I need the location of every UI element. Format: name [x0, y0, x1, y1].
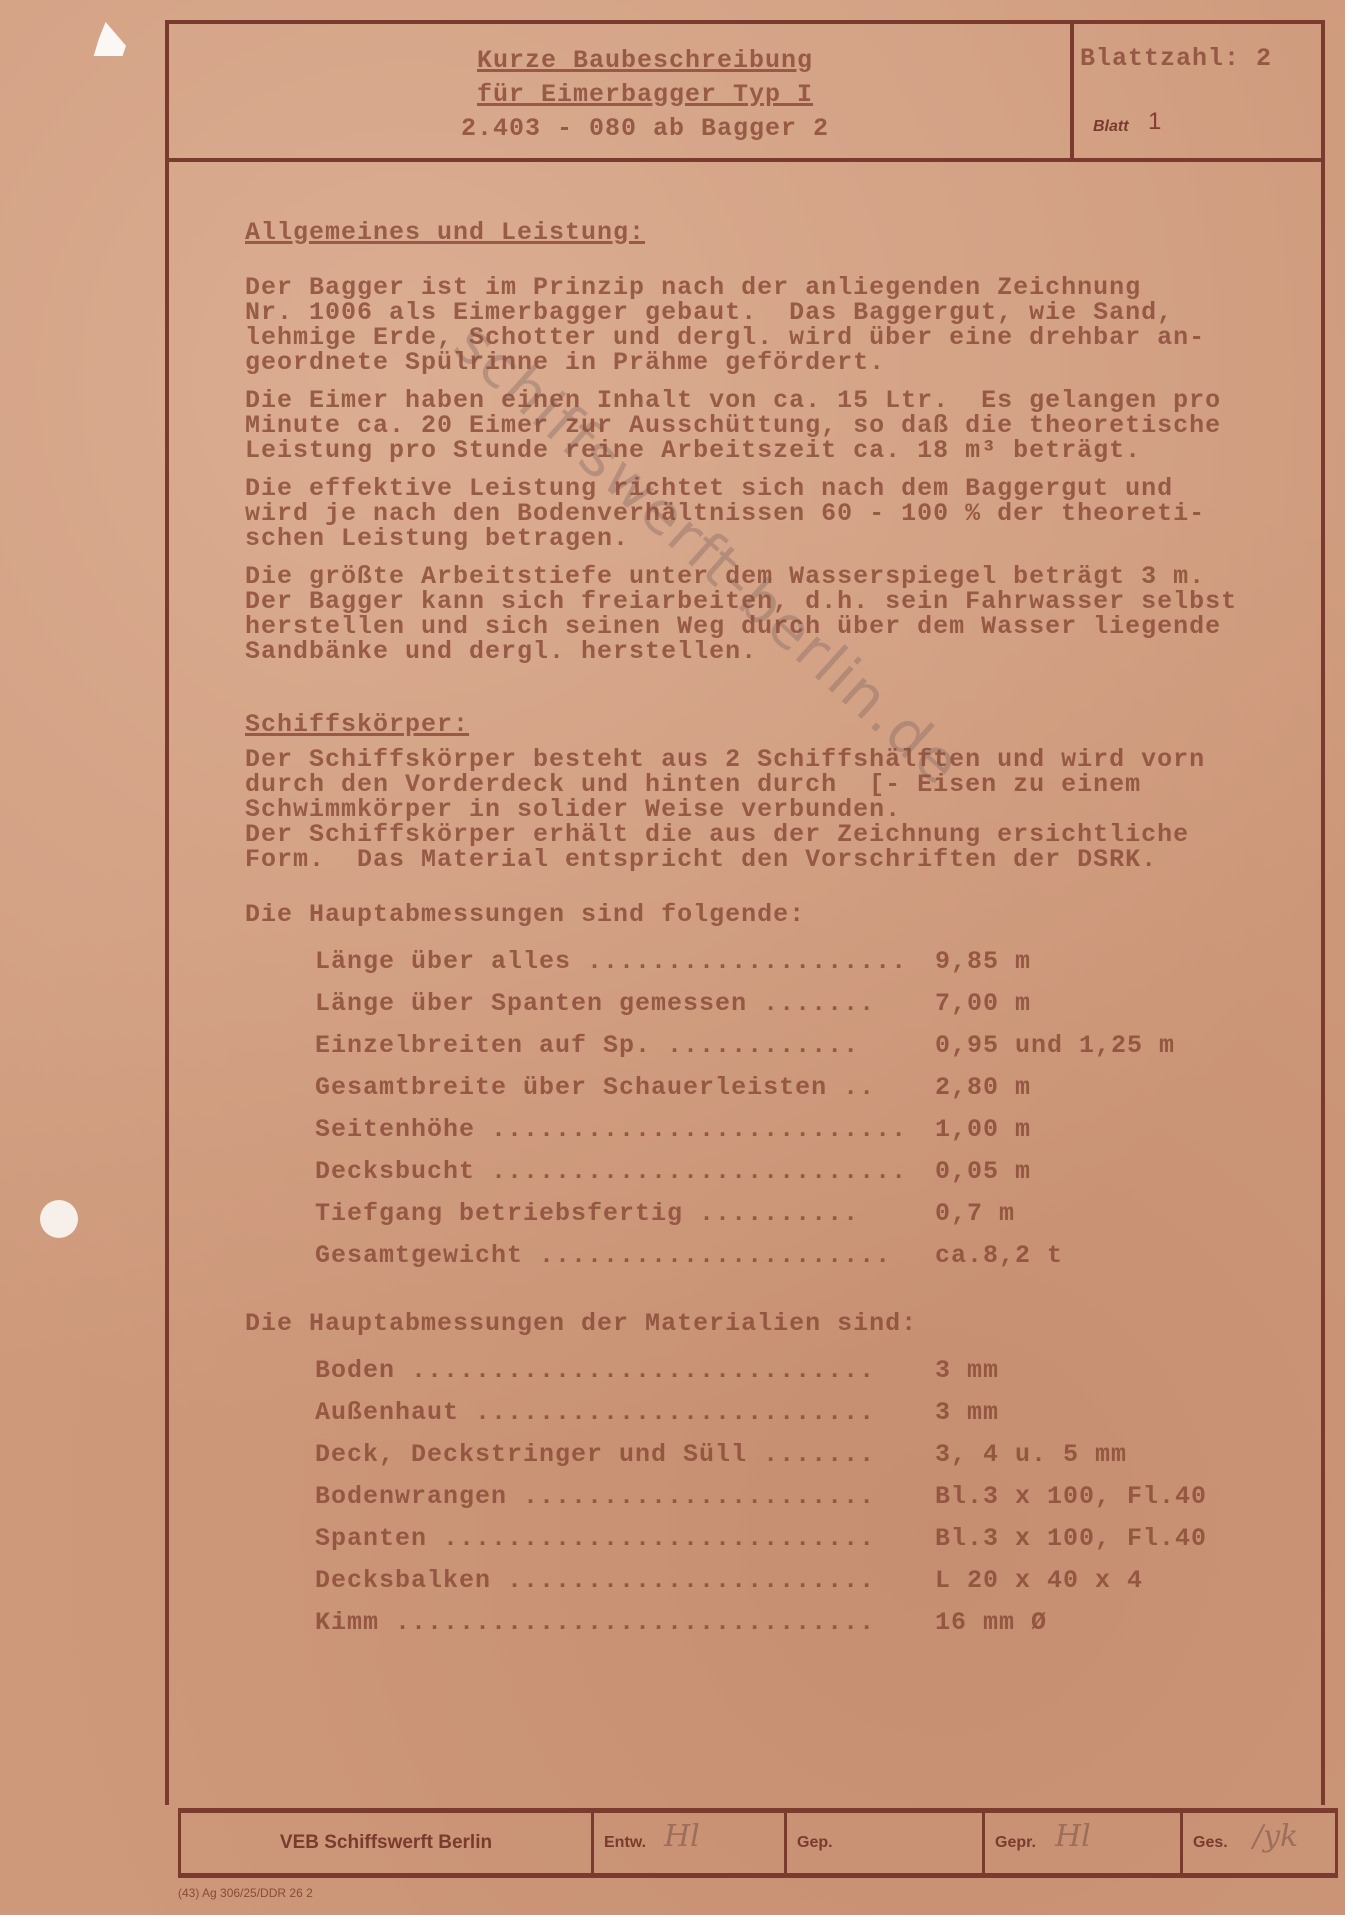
- spec-label: Decksbalken .......................: [315, 1568, 935, 1596]
- sheet-count: Blattzahl: 2: [1080, 44, 1272, 73]
- spec-value: 1,00 m: [935, 1117, 1031, 1145]
- field-label: Entw.: [604, 1834, 646, 1852]
- footer-field-checked: Gep.: [787, 1813, 985, 1873]
- spec-row: Länge über Spanten gemessen .......7,00 …: [315, 991, 1305, 1019]
- dimensions-list: Länge über alles ....................9,8…: [245, 949, 1305, 1271]
- spec-row: Kimm ..............................16 mm…: [315, 1610, 1305, 1638]
- torn-corner: [92, 22, 126, 56]
- section-heading-hull: Schiffskörper:: [245, 712, 1305, 737]
- title-line-1: Kurze Baubeschreibung: [430, 44, 860, 78]
- field-label: Gep.: [797, 1834, 833, 1852]
- spec-value: 2,80 m: [935, 1075, 1031, 1103]
- spec-value: Bl.3 x 100, Fl.40: [935, 1526, 1207, 1554]
- spec-row: Tiefgang betriebsfertig ..........0,7 m: [315, 1201, 1305, 1229]
- spec-row: Gesamtgewicht ......................ca.8…: [315, 1243, 1305, 1271]
- spec-row: Spanten ...........................Bl.3 …: [315, 1526, 1305, 1554]
- footer-field-seen: Ges. /yk: [1183, 1813, 1338, 1873]
- spec-label: Deck, Deckstringer und Süll .......: [315, 1442, 935, 1470]
- spec-label: Gesamtgewicht ......................: [315, 1243, 935, 1271]
- header-column-divider: [1070, 20, 1074, 160]
- spec-value: 16 mm Ø: [935, 1610, 1047, 1638]
- paragraph: Die größte Arbeitstiefe unter dem Wasser…: [245, 564, 1305, 664]
- spec-label: Außenhaut .........................: [315, 1400, 935, 1428]
- spec-row: Einzelbreiten auf Sp. ............0,95 u…: [315, 1033, 1305, 1061]
- spec-label: Länge über Spanten gemessen .......: [315, 991, 935, 1019]
- spec-value: 9,85 m: [935, 949, 1031, 977]
- spec-value: 0,05 m: [935, 1159, 1031, 1187]
- company-cell: VEB Schiffswerft Berlin: [178, 1813, 594, 1873]
- spec-value: 0,95 und 1,25 m: [935, 1033, 1175, 1061]
- dimensions-intro: Die Hauptabmessungen sind folgende:: [245, 902, 1305, 927]
- materials-intro: Die Hauptabmessungen der Materialien sin…: [245, 1311, 1305, 1336]
- spec-row: Bodenwrangen ......................Bl.3 …: [315, 1484, 1305, 1512]
- spec-value: 7,00 m: [935, 991, 1031, 1019]
- spec-row: Boden .............................3 mm: [315, 1358, 1305, 1386]
- section-heading-general: Allgemeines und Leistung:: [245, 220, 1305, 245]
- title-line-3: 2.403 - 080 ab Bagger 2: [430, 112, 860, 146]
- signature: Hl: [664, 1819, 700, 1854]
- spec-label: Länge über alles ....................: [315, 949, 935, 977]
- spec-value: Bl.3 x 100, Fl.40: [935, 1484, 1207, 1512]
- spec-value: 0,7 m: [935, 1201, 1015, 1229]
- document-body: Allgemeines und Leistung: Der Bagger ist…: [245, 220, 1305, 1652]
- spec-label: Kimm ..............................: [315, 1610, 935, 1638]
- spec-value: ca.8,2 t: [935, 1243, 1063, 1271]
- signature: Hl: [1055, 1819, 1091, 1854]
- field-label: Ges.: [1193, 1834, 1228, 1852]
- company-name: VEB Schiffswerft Berlin: [280, 1832, 492, 1854]
- footer-field-approved: Gepr. Hl: [985, 1813, 1183, 1873]
- sheet-number: 1: [1148, 108, 1161, 136]
- spec-label: Decksbucht ..........................: [315, 1159, 935, 1187]
- spec-label: Bodenwrangen ......................: [315, 1484, 935, 1512]
- document-sheet: Kurze Baubeschreibung für Eimerbagger Ty…: [0, 0, 1345, 1915]
- spec-label: Gesamtbreite über Schauerleisten ..: [315, 1075, 935, 1103]
- spec-row: Außenhaut .........................3 mm: [315, 1400, 1305, 1428]
- signature: /yk: [1253, 1819, 1298, 1854]
- spec-label: Einzelbreiten auf Sp. ............: [315, 1033, 935, 1061]
- spec-row: Decksbalken .......................L 20 …: [315, 1568, 1305, 1596]
- materials-list: Boden .............................3 mmA…: [245, 1358, 1305, 1638]
- document-title: Kurze Baubeschreibung für Eimerbagger Ty…: [430, 44, 860, 146]
- spec-row: Seitenhöhe ..........................1,0…: [315, 1117, 1305, 1145]
- paragraph: Der Schiffskörper besteht aus 2 Schiffsh…: [245, 747, 1305, 872]
- spec-row: Decksbucht ..........................0,0…: [315, 1159, 1305, 1187]
- paragraph: Die Eimer haben einen Inhalt von ca. 15 …: [245, 388, 1305, 463]
- spec-value: L 20 x 40 x 4: [935, 1568, 1143, 1596]
- spec-row: Deck, Deckstringer und Süll .......3, 4 …: [315, 1442, 1305, 1470]
- title-line-2: für Eimerbagger Typ I: [430, 78, 860, 112]
- title-block-footer: VEB Schiffswerft Berlin Entw. Hl Gep. Ge…: [178, 1808, 1338, 1878]
- sheet-label: Blatt: [1093, 118, 1129, 136]
- punch-hole: [40, 1200, 78, 1238]
- spec-label: Seitenhöhe ..........................: [315, 1117, 935, 1145]
- spec-label: Tiefgang betriebsfertig ..........: [315, 1201, 935, 1229]
- footer-field-drafted: Entw. Hl: [594, 1813, 787, 1873]
- field-label: Gepr.: [995, 1834, 1036, 1852]
- form-code: (43) Ag 306/25/DDR 26 2: [178, 1886, 313, 1900]
- paragraph: Der Bagger ist im Prinzip nach der anlie…: [245, 275, 1305, 375]
- spec-label: Boden .............................: [315, 1358, 935, 1386]
- spec-value: 3 mm: [935, 1358, 999, 1386]
- paragraph: Die effektive Leistung richtet sich nach…: [245, 476, 1305, 551]
- spec-row: Gesamtbreite über Schauerleisten ..2,80 …: [315, 1075, 1305, 1103]
- spec-row: Länge über alles ....................9,8…: [315, 949, 1305, 977]
- header-divider: [165, 158, 1325, 162]
- spec-label: Spanten ...........................: [315, 1526, 935, 1554]
- spec-value: 3 mm: [935, 1400, 999, 1428]
- spec-value: 3, 4 u. 5 mm: [935, 1442, 1127, 1470]
